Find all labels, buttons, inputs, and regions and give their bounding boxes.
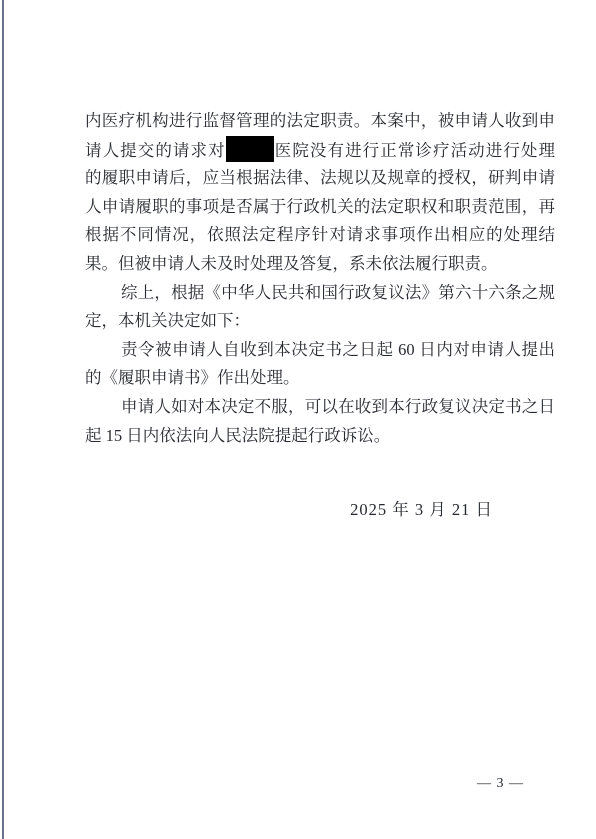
text-line-with-redaction: 请人提交的请求对医院没有进行正常诊疗活动进行处理	[85, 136, 555, 165]
text-line: 起 15 日内依法向人民法院提起行政诉讼。	[85, 422, 555, 451]
document-body: 内医疗机构进行监督管理的法定职责。本案中，被申请人收到申 请人提交的请求对医院没…	[85, 107, 555, 525]
text-line: 根据不同情况，依照法定程序针对请求事项作出相应的处理结	[85, 221, 555, 250]
text-line: 的履职申请后，应当根据法律、法规以及规章的授权，研判申请	[85, 164, 555, 193]
text-line: 的《履职申请书》作出处理。	[85, 364, 555, 393]
text-line-paragraph-start: 综上，根据《中华人民共和国行政复议法》第六十六条之规	[85, 279, 555, 308]
text-line: 人申请履职的事项是否属于行政机关的法定职权和职责范围，再	[85, 193, 555, 222]
decision-date: 2025 年 3 月 21 日	[85, 496, 555, 525]
text-line: 定，本机关决定如下：	[85, 307, 555, 336]
text-line-paragraph-start: 责令被申请人自收到本决定书之日起 60 日内对申请人提出	[85, 336, 555, 365]
redaction-box	[226, 136, 274, 162]
text-line-paragraph-start: 申请人如对本决定不服，可以在收到本行政复议决定书之日	[85, 393, 555, 422]
text-after-redaction: 医院没有进行正常诊疗活动进行处理	[274, 141, 555, 160]
page-number: — 3 —	[477, 776, 524, 792]
text-line: 果。但被申请人未及时处理及答复，系未依法履行职责。	[85, 250, 555, 279]
page-edge-line	[2, 0, 4, 839]
text-line: 内医疗机构进行监督管理的法定职责。本案中，被申请人收到申	[85, 107, 555, 136]
text-before-redaction: 请人提交的请求对	[85, 141, 226, 160]
